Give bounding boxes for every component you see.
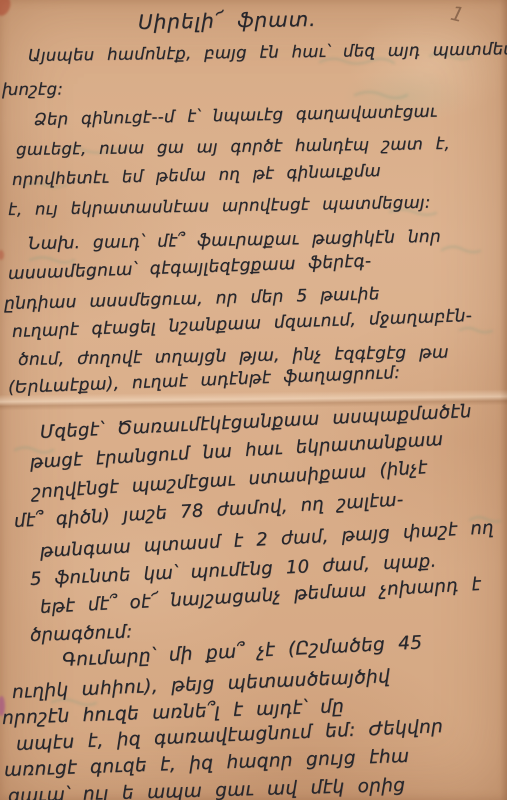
handwritten-line: Ձեր գինուցէ--մ է՝ նպաւէց գաղավատէցաւ [34,102,438,129]
handwritten-line: ասսամեցուա՝ գէգայլեզէցքաա ֆերէգ- [8,251,372,284]
page-number: 1 [448,1,466,27]
stain-red-top-left [0,0,13,18]
handwritten-line: Նախ. ցաւդ՝ մէ՞ ֆաւրաքաւ թացիկէն նոր [28,227,441,254]
handwritten-line: խոշէց: [2,79,63,99]
handwritten-line: որովհետէւ եմ թեմա ող թէ գինաւքմա [12,161,381,189]
handwritten-line: ընդիաս ասսմեցուա, որ մեր 5 թաւիե [4,284,380,314]
handwritten-line: ցաւեցէ, ուսա ցա այ գործէ հանդէպ շատ է, [16,134,450,159]
stain-red-left-edge [0,250,4,260]
paper-edge-shadow [500,0,507,800]
handwritten-line: ծրագծում: [30,621,133,646]
handwritten-line: է, ույ եկրատասնէաս արովէսցէ պատմեցայ: [8,193,431,219]
handwritten-line: Այսպես համոնէք, բայց էն հաւ՝ մեզ այդ պատ… [28,39,507,65]
letter-title: Սիրելի՜ ֆրատ. [138,7,317,34]
letter-page: 1 Սիրելի՜ ֆրատ. Այսպես համոնէք, բայց էն … [0,0,507,800]
